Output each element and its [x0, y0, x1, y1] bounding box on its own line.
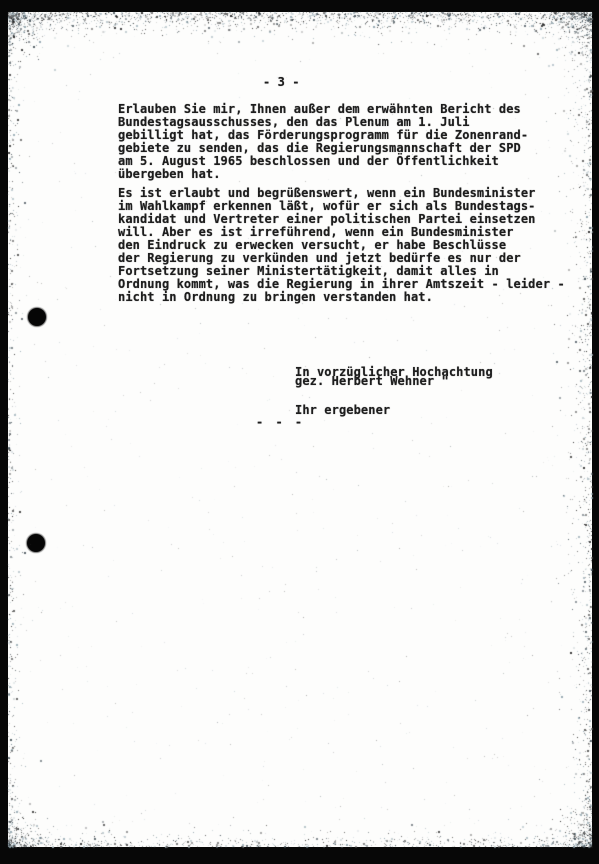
end-mark: - - -	[256, 416, 305, 429]
document-page: - 3 - Erlauben Sie mir, Ihnen außer dem …	[8, 12, 592, 847]
closing-block: In vorzüglicher Hochachtung Ihr ergebene…	[295, 341, 493, 441]
closing-line-2: Ihr ergebener	[295, 404, 493, 417]
paragraph-2: Es ist erlaubt und begrüßenswert, wenn e…	[118, 187, 565, 304]
hole-punch-top	[28, 308, 46, 326]
page-number: - 3 -	[263, 76, 300, 89]
scan-background: { "colors": { "paper": "#fdfdfc", "ink":…	[0, 0, 599, 864]
hole-punch-bottom	[27, 534, 45, 552]
signature-line: gez. Herbert Wehner "	[295, 375, 449, 388]
paragraph-1: Erlauben Sie mir, Ihnen außer dem erwähn…	[118, 103, 528, 181]
